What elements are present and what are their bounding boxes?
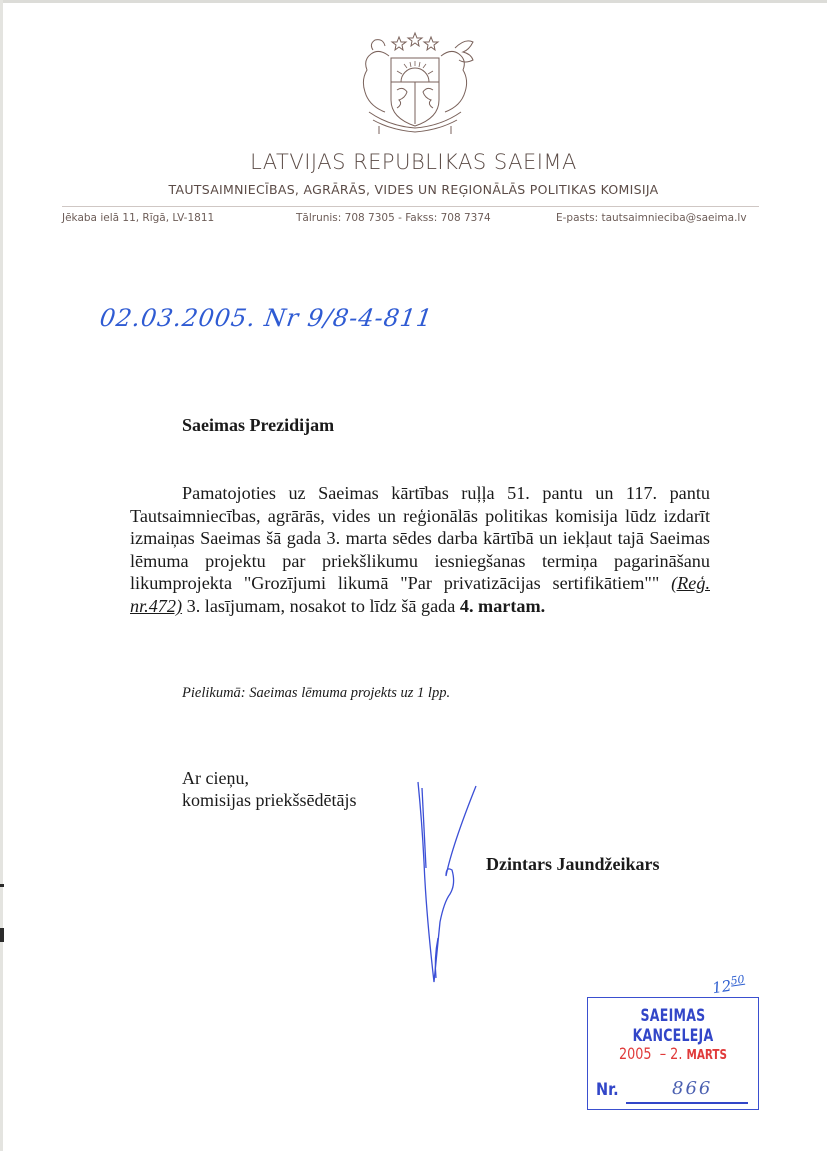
signer-title: komisijas priekšsēdētājs: [182, 789, 356, 811]
letterhead-divider: [62, 206, 759, 207]
stamp-number-line: [626, 1102, 748, 1104]
scan-mark: [0, 884, 4, 887]
handwritten-signature-icon: [400, 778, 480, 988]
stamp-date: 2005 – 2. MARTS: [605, 1044, 741, 1063]
recipient: Saeimas Prezidijam: [182, 415, 334, 436]
stamp-title: SAEIMAS KANCELEJA: [603, 1006, 742, 1046]
signer-name: Dzintars Jaundžeikars: [486, 854, 660, 875]
latvia-coat-of-arms-icon: [345, 30, 481, 138]
body-text-end: 3. lasījumam, nosakot to līdz šā gada: [182, 596, 460, 616]
deadline-date: 4. martam.: [460, 596, 545, 616]
committee-name: TAUTSAIMNIECĪBAS, AGRĀRĀS, VIDES UN REĢI…: [0, 182, 827, 197]
closing: Ar cieņu, komisijas priekšsēdētājs: [182, 767, 356, 811]
letter-body: Pamatojoties uz Saeimas kārtības ruļļa 5…: [130, 482, 710, 618]
handwritten-stamp-note: 1250: [711, 973, 747, 997]
body-text-start: Pamatojoties uz Saeimas kārtības ruļļa 5…: [130, 483, 710, 593]
organization-title: LATVIJAS REPUBLIKAS SAEIMA: [0, 150, 827, 174]
handwritten-reference-number: 02.03.2005. Nr 9/8-4-811: [98, 304, 435, 332]
phone-fax: Tālrunis: 708 7305 - Fakss: 708 7374: [296, 212, 491, 224]
stamp-number-label: Nr.: [596, 1080, 619, 1100]
stamp-number-value: 866: [672, 1078, 712, 1099]
attachment-note: Pielikumā: Saeimas lēmuma projekts uz 1 …: [182, 685, 450, 702]
scan-edge-top: [0, 0, 827, 3]
closing-salutation: Ar cieņu,: [182, 767, 356, 789]
address: Jēkaba ielā 11, Rīgā, LV-1811: [62, 212, 214, 224]
registration-stamp: SAEIMAS KANCELEJA 2005 – 2. MARTS Nr. 86…: [587, 997, 759, 1110]
email: E-pasts: tautsaimnieciba@saeima.lv: [556, 212, 747, 224]
scan-mark: [0, 928, 4, 942]
